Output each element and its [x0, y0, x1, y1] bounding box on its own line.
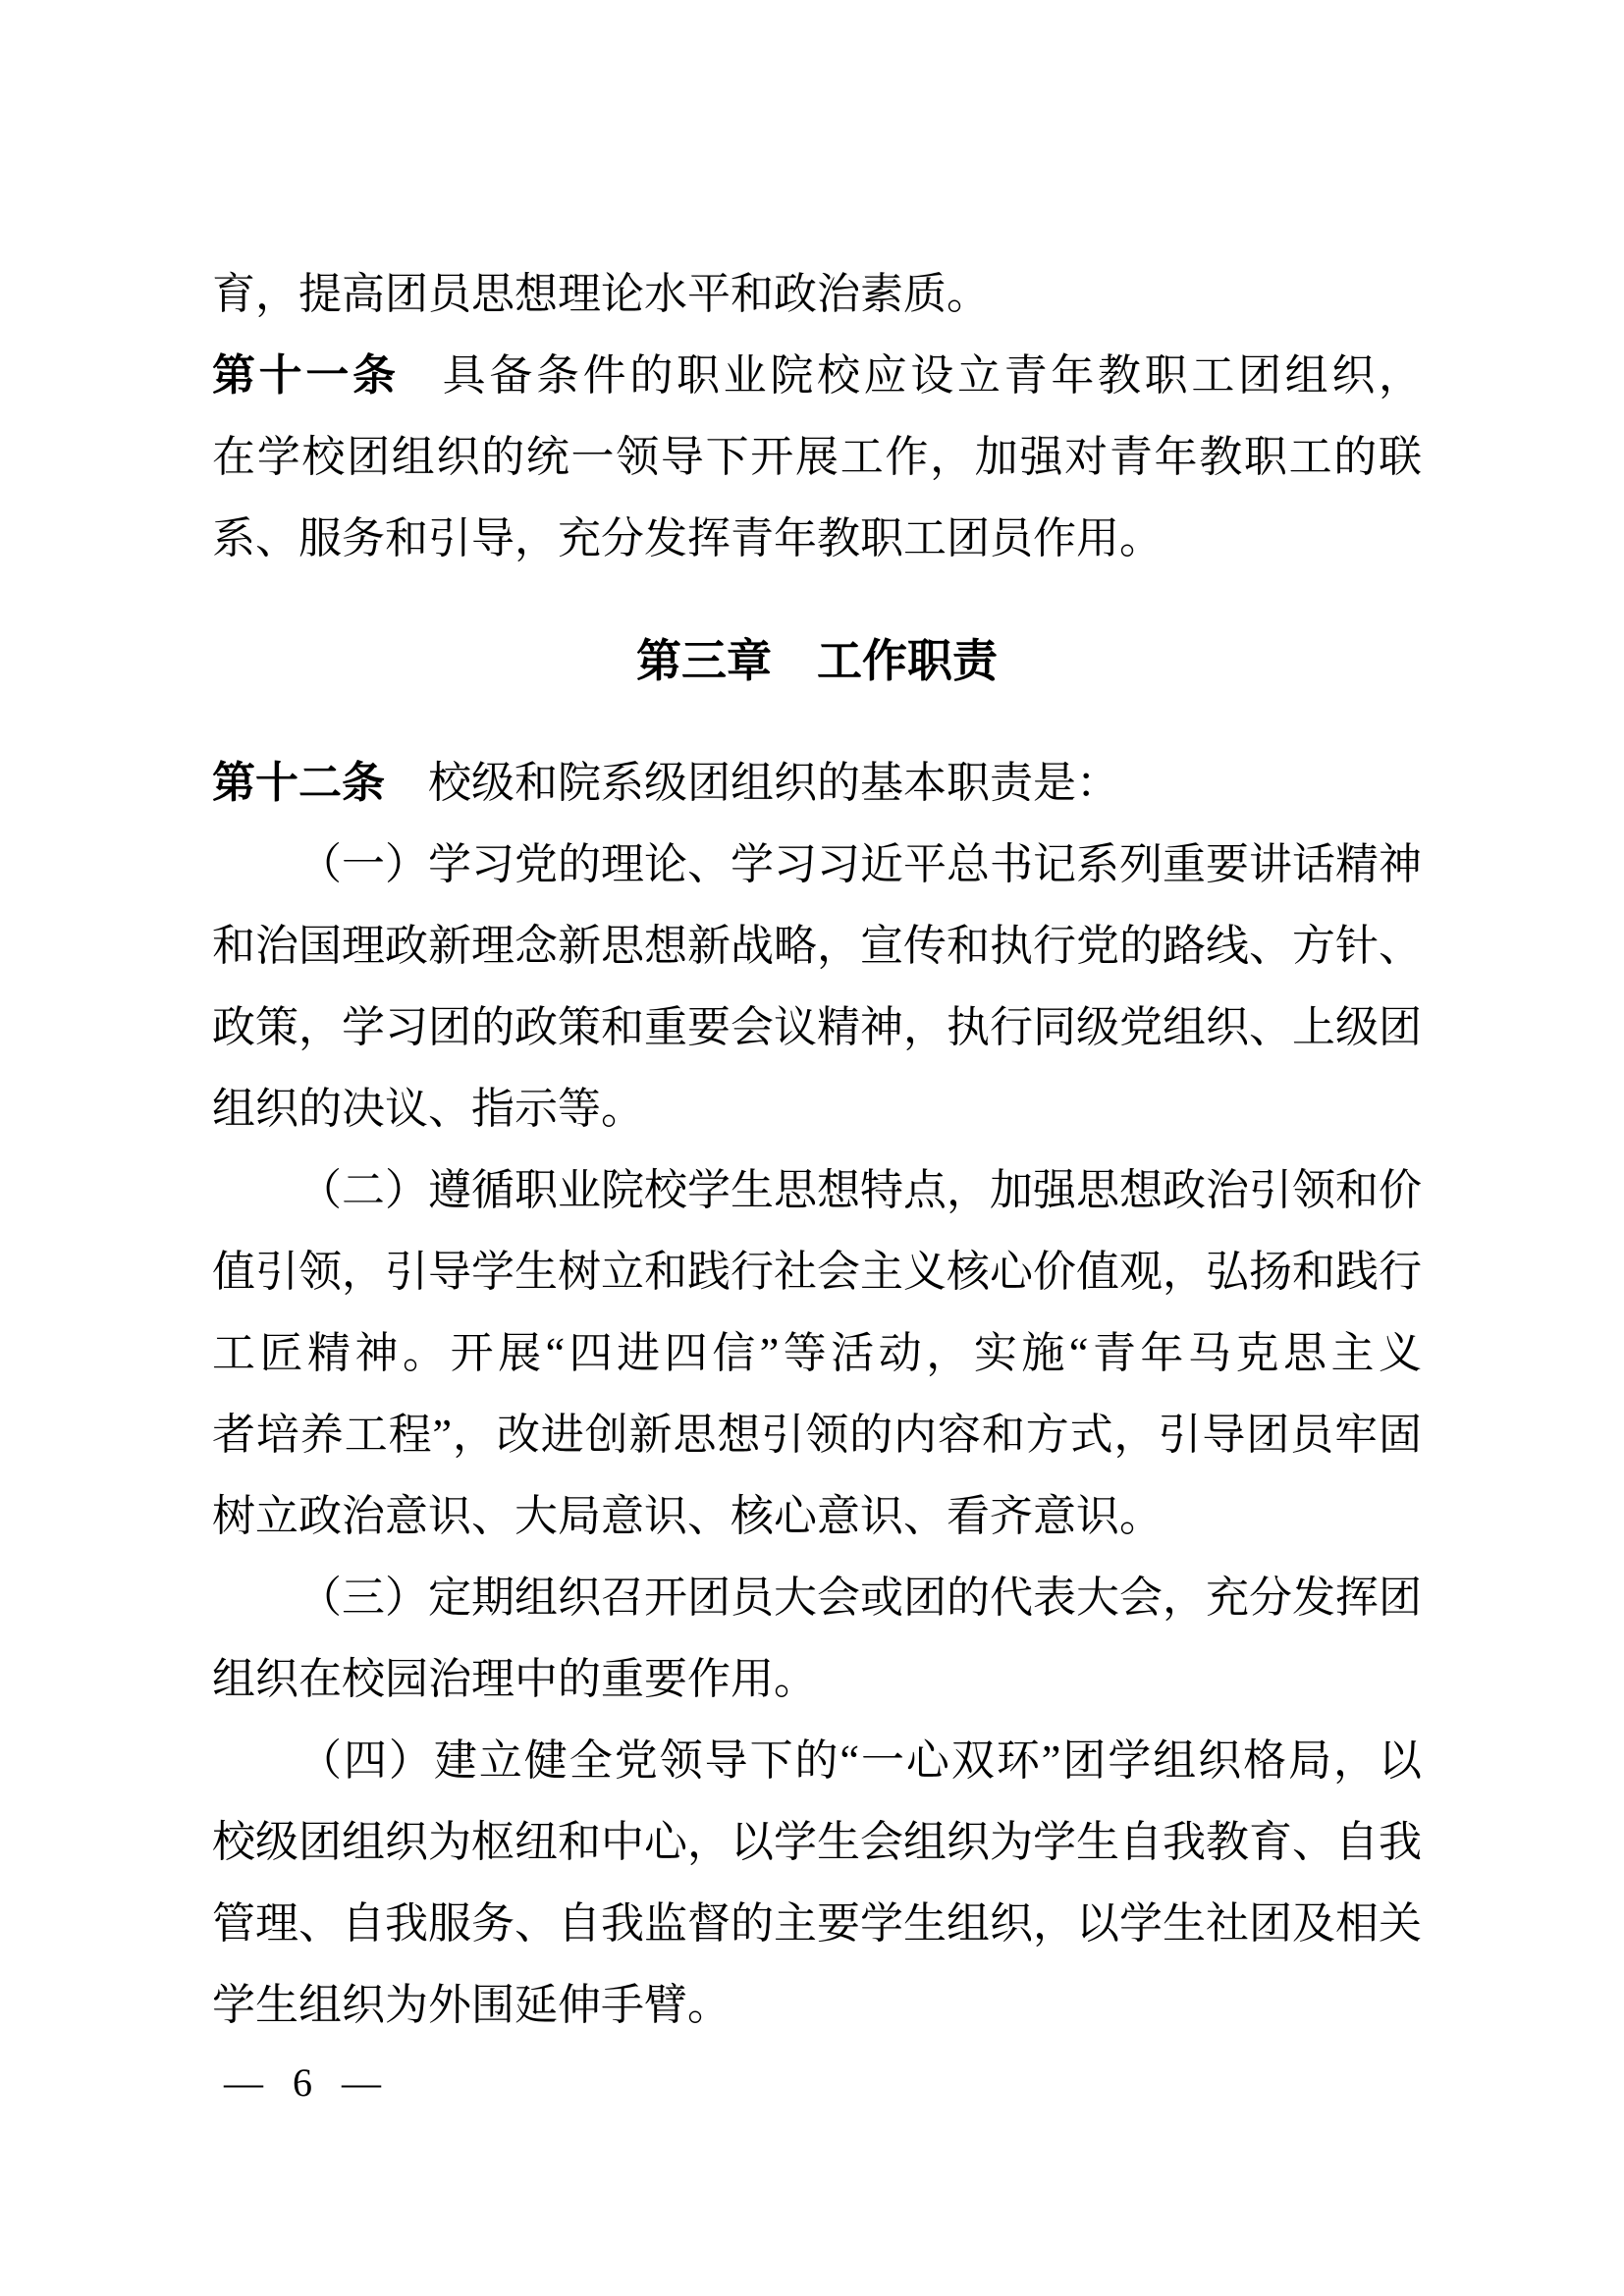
text-line: 第十一条具备条件的职业院校应设立青年教职工团组织，: [212, 335, 1422, 416]
text-line: （四）建立健全党领导下的“一心双环”团学组织格局，以: [212, 1720, 1422, 1801]
clause-3-paragraph: （三）定期组织召开团员大会或团的代表大会，充分发挥团 组织在校园治理中的重要作用…: [212, 1557, 1422, 1720]
page-number: — 6 —: [224, 2060, 387, 2105]
text-line: 工匠精神。开展“四进四信”等活动，实施“青年马克思主义: [212, 1312, 1422, 1394]
text-line: 组织在校园治理中的重要作用。: [212, 1638, 1422, 1720]
article-12-paragraph: 第十二条校级和院系级团组织的基本职责是：: [212, 742, 1422, 824]
text-line: 管理、自我服务、自我监督的主要学生组织，以学生社团及相关: [212, 1883, 1422, 1964]
clause-2-paragraph: （二）遵循职业院校学生思想特点，加强思想政治引领和价 值引领，引导学生树立和践行…: [212, 1149, 1422, 1557]
text-line: （三）定期组织召开团员大会或团的代表大会，充分发挥团: [212, 1557, 1422, 1638]
paragraph-continuation: 育，提高团员思想理论水平和政治素质。: [212, 253, 1422, 335]
document-page: { "body": { "p1": { "lines": ["育，提高团员思想理…: [0, 0, 1624, 2296]
chapter-number: 第三章: [636, 620, 772, 702]
text-line: 校级团组织为枢纽和中心，以学生会组织为学生自我教育、自我: [212, 1801, 1422, 1883]
text-line: 值引领，引导学生树立和践行社会主义核心价值观，弘扬和践行: [212, 1231, 1422, 1312]
text-line: 政策，学习团的政策和重要会议精神，执行同级党组织、上级团: [212, 987, 1422, 1068]
clause-1-paragraph: （一）学习党的理论、学习习近平总书记系列重要讲话精神 和治国理政新理念新思想新战…: [212, 824, 1422, 1149]
text-line: 学生组织为外围延伸手臂。: [212, 1964, 1422, 2046]
text-line: 在学校团组织的统一领导下开展工作，加强对青年教职工的联: [212, 416, 1422, 498]
text-line: 第十二条校级和院系级团组织的基本职责是：: [212, 742, 1422, 824]
text-run: 校级和院系级团组织的基本职责是：: [428, 759, 1119, 807]
article-12-lead: 第十二条: [212, 759, 385, 807]
text-line: 育，提高团员思想理论水平和政治素质。: [212, 253, 1422, 335]
article-11-paragraph: 第十一条具备条件的职业院校应设立青年教职工团组织， 在学校团组织的统一领导下开展…: [212, 335, 1422, 579]
text-line: 者培养工程”，改进创新思想引领的内容和方式，引导团员牢固: [212, 1394, 1422, 1475]
text-line: 系、服务和引导，充分发挥青年教职工团员作用。: [212, 498, 1422, 579]
chapter-heading: 第三章工作职责: [212, 579, 1422, 742]
text-run: 具备条件的职业院校应设立青年教职工团组织，: [443, 351, 1422, 400]
text-block: 育，提高团员思想理论水平和政治素质。 第十一条具备条件的职业院校应设立青年教职工…: [212, 253, 1422, 2046]
chapter-title: 工作职责: [817, 620, 998, 702]
text-line: （一）学习党的理论、学习习近平总书记系列重要讲话精神: [212, 824, 1422, 905]
text-line: 组织的决议、指示等。: [212, 1068, 1422, 1149]
clause-4-paragraph: （四）建立健全党领导下的“一心双环”团学组织格局，以 校级团组织为枢纽和中心，以…: [212, 1720, 1422, 2046]
text-line: （二）遵循职业院校学生思想特点，加强思想政治引领和价: [212, 1149, 1422, 1231]
page-number-footer: — 6 —: [224, 2056, 387, 2109]
article-11-lead: 第十一条: [212, 351, 400, 400]
text-line: 树立政治意识、大局意识、核心意识、看齐意识。: [212, 1475, 1422, 1557]
text-line: 和治国理政新理念新思想新战略，宣传和执行党的路线、方针、: [212, 905, 1422, 987]
